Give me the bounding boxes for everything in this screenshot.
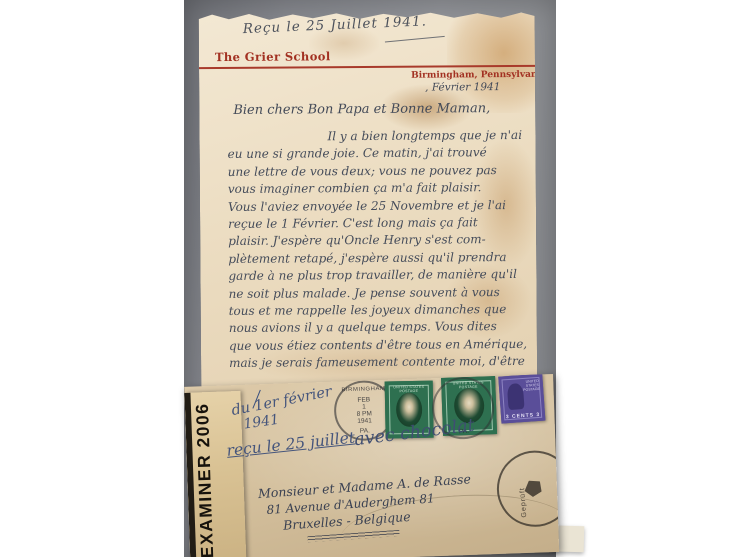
letter-body: Il y a bien longtemps que je n'ai eu une… <box>227 127 531 373</box>
received-note-underline <box>385 36 445 43</box>
stamp-country-text: UNITED STATES POSTAGE <box>523 379 540 392</box>
photo-backdrop: Reçu le 25 Juillet 1941. The Grier Schoo… <box>184 0 556 557</box>
postmark-city: BIRMINGHAM <box>335 386 391 393</box>
letter-line: tous et me rappelle les joyeux dimanches… <box>229 301 531 320</box>
letter-line: que vous étiez contents d'être tous en A… <box>229 336 531 355</box>
stamp-purple-3c: UNITED STATES POSTAGE 3 CENTS 3 <box>498 374 545 424</box>
note-received-date: reçu le 25 juillet <box>226 429 356 460</box>
censor-tape-text-examiner: EXAMINER 2006 <box>192 402 218 557</box>
letter-line: vous imaginer combien ça m'a fait plaisi… <box>228 179 530 198</box>
postmark-year: 1941 <box>357 417 372 425</box>
note-sent-date-line2: 1941 <box>243 412 281 433</box>
envelope: OPENED BY EXAMINER 2006 BIRMINGHAM FEB 1… <box>184 374 559 557</box>
letter-line: reçue le 1 Février. C'est long mais ça f… <box>228 214 530 233</box>
received-note: Reçu le 25 Juillet 1941. <box>242 13 427 37</box>
letterhead-school-name: The Grier School <box>215 49 331 64</box>
letter-line: Vous l'aviez envoyée le 25 Novembre et j… <box>228 196 530 215</box>
letter-line: garde à ne plus trop travailler, de mani… <box>228 266 530 285</box>
letterhead-location: Birmingham, Pennsylvania <box>411 70 547 81</box>
letter-line: une lettre de vous deux; vous ne pouvez … <box>228 162 530 181</box>
letter-line: Il y a bien longtemps que je n'ai <box>227 127 529 146</box>
letter-sheet: Reçu le 25 Juillet 1941. The Grier Schoo… <box>199 11 538 407</box>
letter-salutation: Bien chers Bon Papa et Bonne Maman, <box>233 101 490 118</box>
stamp-denomination: 3 CENTS 3 <box>503 412 543 421</box>
letter-line: mais je serais fameusement contente moi,… <box>229 353 531 372</box>
letter-date: , Février 1941 <box>425 81 500 94</box>
letter-line: plètement retapé, j'espère aussi qu'il p… <box>228 249 530 268</box>
letterhead-rule <box>199 65 535 69</box>
letter-line: plaisir. J'espère qu'Oncle Henry s'est c… <box>228 231 530 250</box>
paper-stain <box>447 13 543 114</box>
photograph-canvas: Reçu le 25 Juillet 1941. The Grier Schoo… <box>0 0 740 557</box>
letter-line: ne soit plus malade. Je pense souvent à … <box>229 283 531 302</box>
letter-line: eu une si grande joie. Ce matin, j'ai tr… <box>228 144 530 163</box>
letter-line: nous avions il y a quelque temps. Vous d… <box>229 318 531 337</box>
